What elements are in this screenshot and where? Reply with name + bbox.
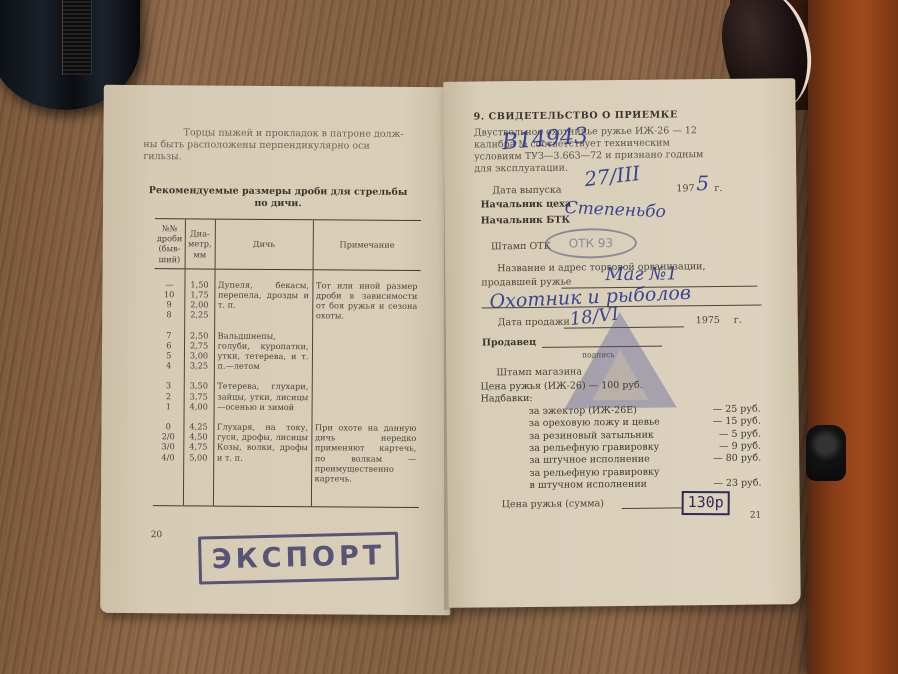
total-label: Цена ружья (сумма) bbox=[502, 498, 604, 510]
qc-signature: Степеньбо bbox=[564, 198, 666, 222]
surcharge-list: за эжектор (ИЖ-26Е)— 25 руб. за ореховую… bbox=[481, 403, 762, 493]
sale-year: 1975 bbox=[696, 315, 720, 326]
shot-size-table: №№ дроби (быв-ший) Диа-метр, мм Дичь При… bbox=[153, 218, 421, 507]
org-label-line2: продавшей ружье bbox=[481, 277, 571, 289]
release-year-prefix: 197 bbox=[676, 183, 694, 194]
booklet-page-right: 9. СВИДЕТЕЛЬСТВО О ПРИЕМКЕ Двуствольное … bbox=[443, 78, 800, 608]
price-list: Цена ружья (ИЖ-26) — 100 руб. Надбавки: … bbox=[480, 379, 761, 494]
page-number: 21 bbox=[750, 511, 762, 521]
otk-stamp-label: Штамп ОТК bbox=[491, 241, 551, 253]
shop-head-label: Начальник цеха bbox=[480, 199, 571, 211]
col-game: Дичь bbox=[215, 219, 313, 269]
table-row: 3 2 1 3,50 3,75 4,00 Тетерева, глухари, … bbox=[154, 371, 420, 413]
table-row: 0 2/0 3/0 4/0 4,25 4,50 4,75 5,00 Глухар… bbox=[153, 411, 420, 507]
col-diameter: Диа-метр, мм bbox=[185, 219, 215, 269]
surcharge-item: за штучное исполнение— 80 руб. bbox=[529, 453, 761, 468]
sling-swivel bbox=[806, 425, 846, 481]
shop-stamp-label: Штамп магазина bbox=[496, 366, 582, 378]
export-stamp: ЭКСПОРТ bbox=[198, 532, 399, 585]
cartridge-note: Торцы пыжей и прокладок в патроне долж- … bbox=[143, 127, 413, 165]
gun-stock bbox=[808, 0, 898, 674]
certificate-title: 9. СВИДЕТЕЛЬСТВО О ПРИЕМКЕ bbox=[474, 109, 678, 122]
page-number: 20 bbox=[151, 530, 163, 540]
scope-knurled-ring bbox=[62, 0, 92, 75]
seller-label: Продавец bbox=[482, 337, 536, 349]
sale-date-label: Дата продажи bbox=[498, 317, 570, 329]
photo-scene: Торцы пыжей и прокладок в патроне долж- … bbox=[0, 0, 898, 674]
handwritten-release-date: 27/III bbox=[583, 161, 641, 191]
col-note: Примечание bbox=[313, 220, 421, 271]
table-header-row: №№ дроби (быв-ший) Диа-метр, мм Дичь При… bbox=[155, 219, 421, 271]
booklet-page-left: Торцы пыжей и прокладок в патроне долж- … bbox=[100, 85, 454, 615]
total-price-stamp: 130р bbox=[682, 491, 730, 515]
col-shot-number: №№ дроби (быв-ший) bbox=[155, 219, 185, 269]
otk-stamp: ОТК 93 bbox=[545, 228, 637, 259]
release-date-label: Дата выпуска bbox=[492, 185, 561, 197]
table-row: — 10 9 8 1,50 1,75 2,00 2,25 Дупеля, бек… bbox=[154, 268, 420, 321]
table-row: 7 6 5 4 2,50 2,75 3,00 3,25 Вальдшнепы, … bbox=[154, 320, 420, 373]
qc-head-label: Начальник БТК bbox=[481, 215, 571, 227]
handwritten-release-year: 5 bbox=[696, 171, 709, 195]
shot-size-heading: Рекомендуемые размеры дроби для стрельбы… bbox=[143, 185, 413, 211]
